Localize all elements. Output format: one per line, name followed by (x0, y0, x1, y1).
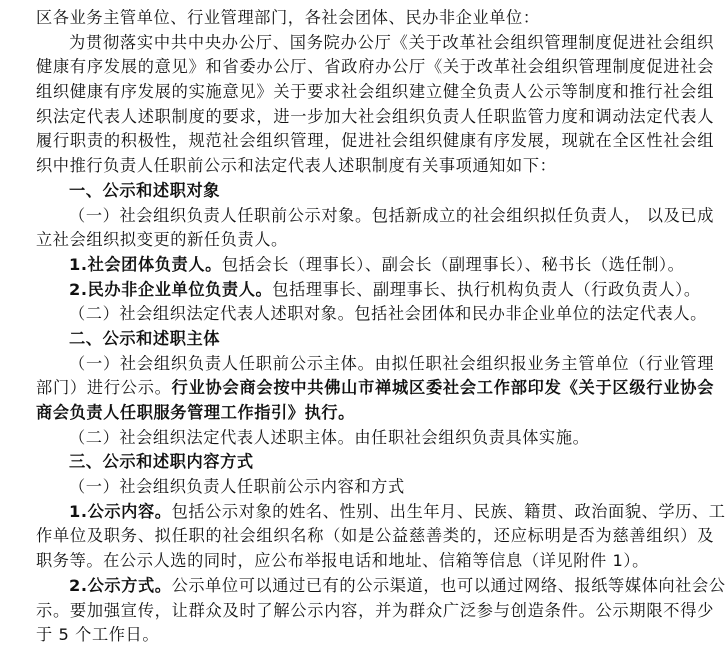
body-text: 织中推行负责人任职前公示和法定代表人述职制度有关事项通知如下： (36, 156, 556, 175)
paragraph-line: （一）社会组织负责人任职前公示对象。包括新成立的社会组织拟任负责人， 以及已成 (36, 204, 714, 229)
paragraph-line: 商会负责人任职服务管理工作指引》执行。 (36, 401, 714, 426)
bold-text: 1.公示内容。 (69, 502, 172, 521)
bold-text: 2.公示方式。 (69, 576, 172, 595)
document-body: 区各业务主管单位、行业管理部门，各社会团体、民办非企业单位：为贯彻落实中共中央办… (36, 6, 714, 648)
paragraph-line: （一）社会组织负责人任职前公示主体。由拟任职社会组织报业务主管单位（行业管理 (36, 352, 714, 377)
paragraph-line: 于 5 个工作日。 (36, 623, 714, 648)
bold-text: 2.民办非企业单位负责人。 (69, 280, 272, 299)
paragraph-line: （一）社会组织负责人任职前公示内容和方式 (36, 475, 714, 500)
bold-text: 一、公示和述职对象 (69, 181, 220, 200)
paragraph-line: 履行职责的积极性，规范社会组织管理，促进社会组织健康有序发展，现就在全区性社会组 (36, 129, 714, 154)
body-text: 包括会长（理事长）、副会长（副理事长）、秘书长（选任制）。 (222, 255, 685, 274)
paragraph-line: 示。要加强宣传，让群众及时了解公示内容，并为群众广泛参与创造条件。公示期限不得少 (36, 599, 714, 624)
body-text: 健康有序发展的意见》和省委办公厅、省政府办公厅《关于改革社会组织管理制度促进社会 (36, 57, 714, 76)
body-text: 部门）进行公示。 (36, 378, 172, 397)
paragraph-line: 区各业务主管单位、行业管理部门，各社会团体、民办非企业单位： (36, 6, 714, 31)
paragraph-line: 组织健康有序发展的实施意见》关于要求社会组织建立健全负责人公示等制度和推行社会组 (36, 80, 714, 105)
section-heading: 三、公示和述职内容方式 (36, 450, 714, 475)
body-text: （二）社会组织法定代表人述职对象。包括社会团体和民办非企业单位的法定代表人。 (69, 304, 707, 323)
body-text: 组织健康有序发展的实施意见》关于要求社会组织建立健全负责人公示等制度和推行社会组 (36, 82, 714, 101)
body-text: 于 5 个工作日。 (36, 625, 159, 644)
body-text: （一）社会组织负责人任职前公示内容和方式 (69, 477, 405, 496)
body-text: 职务等。在公示人选的同时，应公布举报电话和地址、信箱等信息（详见附件 1）。 (36, 551, 649, 570)
bold-text: 行业协会商会按中共佛山市禅城区委社会工作部印发《关于区级行业协会 (172, 378, 714, 397)
bold-text: 1.社会团体负责人。 (69, 255, 222, 274)
paragraph-line: 织中推行负责人任职前公示和法定代表人述职制度有关事项通知如下： (36, 154, 714, 179)
paragraph-line: 织法定代表人述职制度的要求，进一步加大社会组织负责人任职监管力度和调动法定代表人 (36, 105, 714, 130)
body-text: 作单位及职务、拟任职的社会组织名称（如是公益慈善类的，还应标明是否为慈善组织）及 (36, 526, 714, 545)
paragraph-line: 为贯彻落实中共中央办公厅、国务院办公厅《关于改革社会组织管理制度促进社会组织 (36, 31, 714, 56)
body-text: 织法定代表人述职制度的要求，进一步加大社会组织负责人任职监管力度和调动法定代表人 (36, 107, 714, 126)
paragraph-line: 作单位及职务、拟任职的社会组织名称（如是公益慈善类的，还应标明是否为慈善组织）及 (36, 524, 714, 549)
body-text: 包括理事长、副理事长、执行机构负责人（行政负责人）。 (272, 280, 700, 299)
bold-text: 商会负责人任职服务管理工作指引》执行。 (36, 403, 355, 422)
body-text: （二）社会组织法定代表人述职主体。由任职社会组织负责具体实施。 (69, 428, 589, 447)
body-text: 示。要加强宣传，让群众及时了解公示内容，并为群众广泛参与创造条件。公示期限不得少 (36, 601, 714, 620)
paragraph-line: 健康有序发展的意见》和省委办公厅、省政府办公厅《关于改革社会组织管理制度促进社会 (36, 55, 714, 80)
paragraph-line: 1.社会团体负责人。包括会长（理事长）、副会长（副理事长）、秘书长（选任制）。 (36, 253, 714, 278)
paragraph-line: 立社会组织拟变更的新任负责人。 (36, 228, 714, 253)
paragraph-line: 1.公示内容。包括公示对象的姓名、性别、出生年月、民族、籍贯、政治面貌、学历、工 (36, 500, 714, 525)
paragraph-line: 部门）进行公示。行业协会商会按中共佛山市禅城区委社会工作部印发《关于区级行业协会 (36, 376, 714, 401)
body-text: （一）社会组织负责人任职前公示主体。由拟任职社会组织报业务主管单位（行业管理 (69, 354, 714, 373)
body-text: 包括公示对象的姓名、性别、出生年月、民族、籍贯、政治面貌、学历、工 (172, 502, 726, 521)
paragraph-line: 职务等。在公示人选的同时，应公布举报电话和地址、信箱等信息（详见附件 1）。 (36, 549, 714, 574)
body-text: 为贯彻落实中共中央办公厅、国务院办公厅《关于改革社会组织管理制度促进社会组织 (69, 33, 714, 52)
body-text: 履行职责的积极性，规范社会组织管理，促进社会组织健康有序发展，现就在全区性社会组 (36, 131, 714, 150)
paragraph-line: （二）社会组织法定代表人述职主体。由任职社会组织负责具体实施。 (36, 426, 714, 451)
bold-text: 二、公示和述职主体 (69, 329, 220, 348)
bold-text: 三、公示和述职内容方式 (69, 452, 254, 471)
paragraph-line: 2.公示方式。公示单位可以通过已有的公示渠道，也可以通过网络、报纸等媒体向社会公 (36, 574, 714, 599)
body-text: 立社会组织拟变更的新任负责人。 (36, 230, 288, 249)
paragraph-line: 2.民办非企业单位负责人。包括理事长、副理事长、执行机构负责人（行政负责人）。 (36, 278, 714, 303)
body-text: （一）社会组织负责人任职前公示对象。包括新成立的社会组织拟任负责人， 以及已成 (69, 206, 714, 225)
section-heading: 二、公示和述职主体 (36, 327, 714, 352)
body-text: 区各业务主管单位、行业管理部门，各社会团体、民办非企业单位： (36, 8, 540, 27)
body-text: 公示单位可以通过已有的公示渠道，也可以通过网络、报纸等媒体向社会公 (172, 576, 726, 595)
paragraph-line: （二）社会组织法定代表人述职对象。包括社会团体和民办非企业单位的法定代表人。 (36, 302, 714, 327)
section-heading: 一、公示和述职对象 (36, 179, 714, 204)
